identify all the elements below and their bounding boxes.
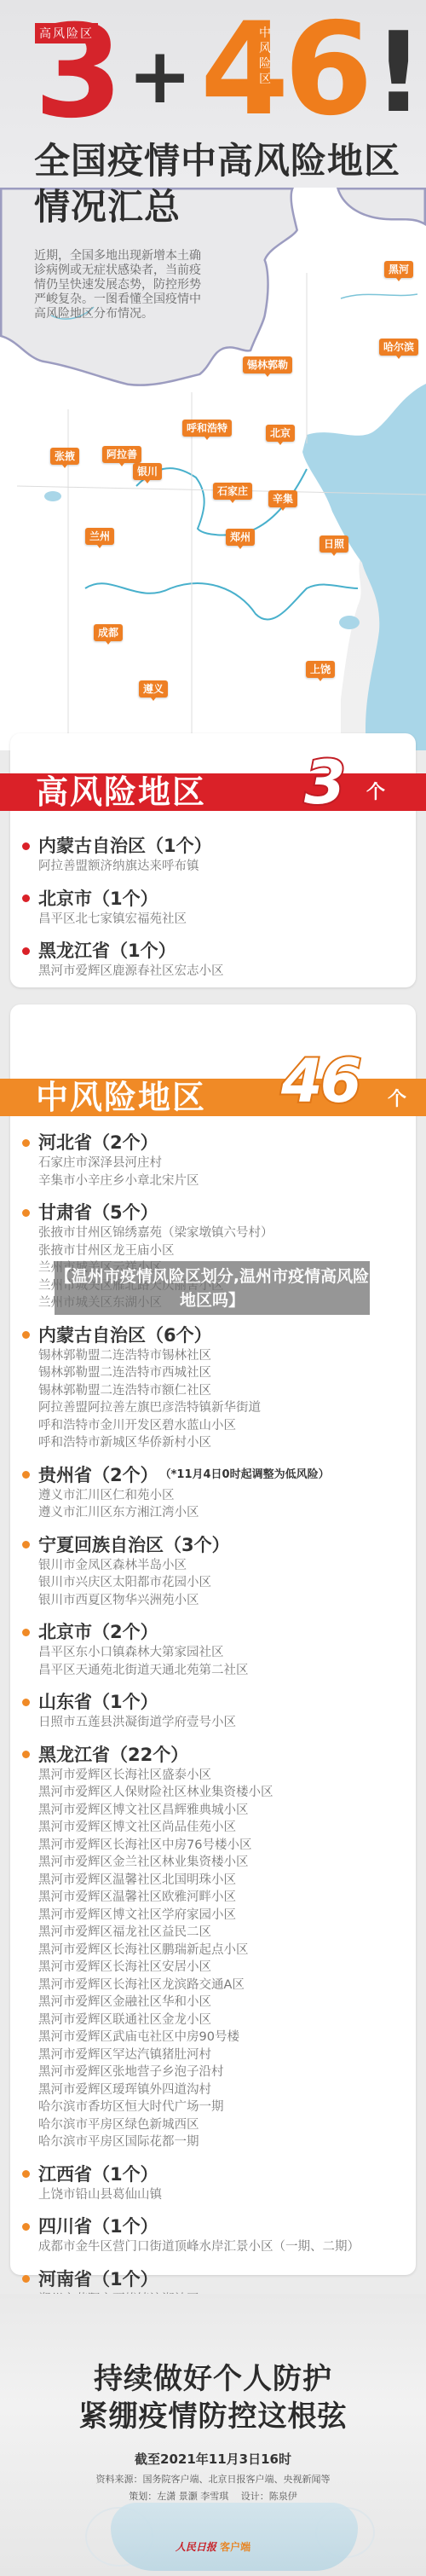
map-pin: 成都 bbox=[94, 624, 123, 641]
area-item: 黑河市爱辉区温馨社区欧雅河畔小区 bbox=[38, 1889, 404, 1907]
logo-sub: 客户端 bbox=[220, 2541, 250, 2553]
region-heading: 河北省（2个） bbox=[22, 1131, 404, 1155]
exclamation-mark: ! bbox=[373, 21, 423, 124]
map-pin: 郑州 bbox=[226, 529, 255, 546]
area-item: 日照市五莲县洪凝街道学府壹号小区 bbox=[38, 1714, 404, 1732]
slogan-line-1: 持续做好个人防护 bbox=[0, 2360, 426, 2398]
region-name: 北京市（1个） bbox=[38, 887, 158, 911]
area-item: 上饶市铅山县葛仙山镇 bbox=[38, 2186, 404, 2204]
area-list: 昌平区北七家镇宏福苑社区 bbox=[22, 911, 404, 929]
region-heading: 贵州省（2个）（*11月4日0时起调整为低风险） bbox=[22, 1463, 404, 1487]
area-list: 阿拉善盟额济纳旗达来呼布镇 bbox=[22, 858, 404, 876]
bullet-dot-icon bbox=[22, 894, 30, 902]
region-name: 河北省（2个） bbox=[38, 1131, 158, 1155]
bullet-dot-icon bbox=[22, 2223, 30, 2231]
region-heading: 内蒙古自治区（1个） bbox=[22, 834, 404, 858]
area-item: 黑河市爱辉区人保财险社区林业集资楼小区 bbox=[38, 1784, 404, 1802]
region-heading: 北京市（1个） bbox=[22, 887, 404, 911]
region-name: 内蒙古自治区（6个） bbox=[38, 1323, 212, 1347]
area-item: 黑河市爱辉区长海社区盛泰小区 bbox=[38, 1767, 404, 1785]
bullet-dot-icon bbox=[22, 1139, 30, 1147]
high-risk-tag: 高风险区 bbox=[35, 23, 98, 43]
region-note: （*11月4日0时起调整为低风险） bbox=[160, 1463, 330, 1487]
credits: 策划：左潇 景灏 李雪琪 设计：陈泉伊 bbox=[0, 2489, 426, 2503]
bullet-dot-icon bbox=[22, 1699, 30, 1706]
area-item: 银川市西夏区物华兴洲苑小区 bbox=[38, 1592, 404, 1610]
area-item: 成都市金牛区营门口街道顶峰水岸汇景小区（一期、二期） bbox=[38, 2238, 404, 2256]
area-list: 黑河市爱辉区长海社区盛泰小区黑河市爱辉区人保财险社区林业集资楼小区黑河市爱辉区博… bbox=[22, 1767, 404, 2151]
region-heading: 内蒙古自治区（6个） bbox=[22, 1323, 404, 1347]
area-item: 锡林郭勒盟二连浩特市锡林社区 bbox=[38, 1347, 404, 1365]
article-title-overlay: 【温州市疫情风险区划分,温州市疫情高风险地区吗】 bbox=[55, 1261, 370, 1315]
area-list: 石家庄市深泽县河庄村辛集市小辛庄乡小章北宋片区 bbox=[22, 1155, 404, 1190]
region-name: 黑龙江省（22个） bbox=[38, 1743, 188, 1767]
hero-section: 3 高风险区 + 46 中风险区 ! 黑河哈尔滨锡林郭勒呼和浩特北京张掖阿拉善银… bbox=[0, 0, 426, 750]
area-item: 石家庄市深泽县河庄村 bbox=[38, 1155, 404, 1172]
area-item: 黑河市爱辉区武庙屯社区中房90号楼 bbox=[38, 2029, 404, 2046]
area-list: 锡林郭勒盟二连浩特市锡林社区锡林郭勒盟二连浩特市西城社区锡林郭勒盟二连浩特市额仁… bbox=[22, 1347, 404, 1452]
region-heading: 四川省（1个） bbox=[22, 2214, 404, 2238]
bullet-dot-icon bbox=[22, 1541, 30, 1548]
region-name: 山东省（1个） bbox=[38, 1690, 158, 1714]
area-item: 黑河市爱辉区联通社区金龙小区 bbox=[38, 2012, 404, 2029]
mid-risk-count: 46 bbox=[281, 1047, 359, 1115]
page-title: 全国疫情中高风险地区 情况汇总 bbox=[34, 138, 400, 230]
map-pin: 北京 bbox=[266, 425, 295, 442]
region-item: 河北省（2个）石家庄市深泽县河庄村辛集市小辛庄乡小章北宋片区 bbox=[22, 1131, 404, 1190]
area-item: 哈尔滨市平房区绿色新城西区 bbox=[38, 2116, 404, 2134]
area-list: 黑河市爱辉区鹿源春社区宏志小区 bbox=[22, 963, 404, 981]
bullet-dot-icon bbox=[22, 1209, 30, 1217]
region-name: 宁夏回族自治区（3个） bbox=[38, 1533, 230, 1557]
intro-text: 近期，全国多地出现新增本土确诊病例或无症状感染者，当前疫情仍呈快速发展态势，防控… bbox=[34, 249, 209, 321]
region-heading: 江西省（1个） bbox=[22, 2162, 404, 2186]
area-item: 昌平区北七家镇宏福苑社区 bbox=[38, 911, 404, 929]
area-list: 遵义市汇川区仁和苑小区遵义市汇川区东方湘江湾小区 bbox=[22, 1487, 404, 1522]
title-line-1: 全国疫情中高风险地区 bbox=[34, 138, 400, 184]
area-item: 辛集市小辛庄乡小章北宋片区 bbox=[38, 1172, 404, 1190]
area-item: 黑河市爱辉区鹿源春社区宏志小区 bbox=[38, 963, 404, 981]
area-item: 遵义市汇川区仁和苑小区 bbox=[38, 1487, 404, 1505]
area-item: 呼和浩特市金川开发区碧水蓝山小区 bbox=[38, 1417, 404, 1435]
map-pin: 黑河 bbox=[384, 261, 413, 278]
mid-risk-card: 中风险地区 46 个 河北省（2个）石家庄市深泽县河庄村辛集市小辛庄乡小章北宋片… bbox=[10, 1004, 416, 2275]
area-item: 昌平区天通苑北街道天通北苑第二社区 bbox=[38, 1662, 404, 1680]
area-item: 黑河市爱辉区长海社区龙滨路交通A区 bbox=[38, 1977, 404, 1994]
area-list: 上饶市铅山县葛仙山镇 bbox=[22, 2186, 404, 2204]
area-item: 遵义市汇川区东方湘江湾小区 bbox=[38, 1504, 404, 1522]
publisher-logo: 人民日报 客户端 bbox=[0, 2539, 426, 2554]
bullet-dot-icon bbox=[22, 842, 30, 850]
map-pin: 呼和浩特 bbox=[182, 420, 232, 437]
high-risk-list: 内蒙古自治区（1个）阿拉善盟额济纳旗达来呼布镇北京市（1个）昌平区北七家镇宏福苑… bbox=[22, 834, 404, 992]
plus-sign: + bbox=[128, 34, 192, 119]
region-item: 山东省（1个）日照市五莲县洪凝街道学府壹号小区 bbox=[22, 1690, 404, 1732]
face-mask-image bbox=[111, 2503, 358, 2571]
region-item: 内蒙古自治区（6个）锡林郭勒盟二连浩特市锡林社区锡林郭勒盟二连浩特市西城社区锡林… bbox=[22, 1323, 404, 1452]
region-heading: 黑龙江省（22个） bbox=[22, 1743, 404, 1767]
area-item: 黑河市爱辉区长海社区中房76号楼小区 bbox=[38, 1837, 404, 1855]
data-date: 截至2021年11月3日16时 bbox=[0, 2450, 426, 2468]
region-heading: 山东省（1个） bbox=[22, 1690, 404, 1714]
area-item: 银川市兴庆区太阳都市花园小区 bbox=[38, 1574, 404, 1592]
area-item: 锡林郭勒盟二连浩特市额仁社区 bbox=[38, 1382, 404, 1400]
area-item: 阿拉善盟额济纳旗达来呼布镇 bbox=[38, 858, 404, 876]
region-heading: 黑龙江省（1个） bbox=[22, 939, 404, 963]
data-source: 资料来源：国务院客户端、北京日报客户端、央视新闻等 bbox=[0, 2472, 426, 2486]
region-item: 四川省（1个）成都市金牛区营门口街道顶峰水岸汇景小区（一期、二期） bbox=[22, 2214, 404, 2256]
area-item: 黑河市爱辉区博文社区学府家园小区 bbox=[38, 1907, 404, 1925]
map-pin: 日照 bbox=[319, 535, 348, 553]
area-list: 昌平区东小口镇森林大第家园社区昌平区天通苑北街道天通北苑第二社区 bbox=[22, 1644, 404, 1679]
high-risk-unit: 个 bbox=[366, 778, 385, 804]
map-pin: 阿拉善 bbox=[102, 446, 141, 463]
bullet-dot-icon bbox=[22, 947, 30, 955]
region-item: 北京市（2个）昌平区东小口镇森林大第家园社区昌平区天通苑北街道天通北苑第二社区 bbox=[22, 1620, 404, 1679]
region-heading: 宁夏回族自治区（3个） bbox=[22, 1533, 404, 1557]
bullet-dot-icon bbox=[22, 2275, 30, 2283]
area-item: 哈尔滨市平房区国际花都一期 bbox=[38, 2133, 404, 2151]
area-list: 成都市金牛区营门口街道顶峰水岸汇景小区（一期、二期） bbox=[22, 2238, 404, 2256]
map-pin: 遵义 bbox=[139, 680, 168, 698]
footer-slogan: 持续做好个人防护 紧绷疫情防控这根弦 bbox=[0, 2360, 426, 2435]
region-heading: 北京市（2个） bbox=[22, 1620, 404, 1644]
region-item: 黑龙江省（1个）黑河市爱辉区鹿源春社区宏志小区 bbox=[22, 939, 404, 981]
area-list: 银川市金凤区森林半岛小区银川市兴庆区太阳都市花园小区银川市西夏区物华兴洲苑小区 bbox=[22, 1557, 404, 1610]
area-item: 哈尔滨市香坊区恒大时代广场一期 bbox=[38, 2098, 404, 2116]
map-pin: 兰州 bbox=[85, 528, 114, 545]
area-item: 昌平区东小口镇森林大第家园社区 bbox=[38, 1644, 404, 1662]
high-risk-card: 高风险地区 3 个 内蒙古自治区（1个）阿拉善盟额济纳旗达来呼布镇北京市（1个）… bbox=[10, 733, 416, 987]
area-item: 黑河市爱辉区罕达汽镇猪肚河村 bbox=[38, 2046, 404, 2064]
area-item: 张掖市甘州区锦绣嘉苑（梁家墩镇六号村） bbox=[38, 1224, 404, 1242]
high-risk-count: 3 bbox=[304, 749, 346, 817]
area-item: 黑河市爱辉区福龙社区益民二区 bbox=[38, 1924, 404, 1942]
region-name: 河南省（1个） bbox=[38, 2267, 158, 2291]
footer-section: 持续做好个人防护 紧绷疫情防控这根弦 截至2021年11月3日16时 资料来源：… bbox=[0, 2294, 426, 2576]
bullet-dot-icon bbox=[22, 1751, 30, 1758]
area-item: 黑河市爱辉区瑷珲镇外四道沟村 bbox=[38, 2081, 404, 2099]
area-list: 日照市五莲县洪凝街道学府壹号小区 bbox=[22, 1714, 404, 1732]
region-item: 北京市（1个）昌平区北七家镇宏福苑社区 bbox=[22, 887, 404, 929]
region-item: 贵州省（2个）（*11月4日0时起调整为低风险）遵义市汇川区仁和苑小区遵义市汇川… bbox=[22, 1463, 404, 1522]
region-name: 北京市（2个） bbox=[38, 1620, 158, 1644]
area-item: 黑河市爱辉区温馨社区北国明珠小区 bbox=[38, 1872, 404, 1890]
area-item: 黑河市爱辉区长海社区安居小区 bbox=[38, 1959, 404, 1977]
region-name: 江西省（1个） bbox=[38, 2162, 158, 2186]
map-pin: 张掖 bbox=[50, 448, 79, 465]
region-item: 江西省（1个）上饶市铅山县葛仙山镇 bbox=[22, 2162, 404, 2204]
area-item: 锡林郭勒盟二连浩特市西城社区 bbox=[38, 1364, 404, 1382]
high-risk-banner: 高风险地区 bbox=[0, 773, 426, 811]
area-item: 黑河市爱辉区金兰社区林业集资楼小区 bbox=[38, 1854, 404, 1872]
region-name: 内蒙古自治区（1个） bbox=[38, 834, 212, 858]
bullet-dot-icon bbox=[22, 1629, 30, 1636]
region-name: 贵州省（2个） bbox=[38, 1463, 158, 1487]
area-item: 黑河市爱辉区长海社区鹏瑞新起点小区 bbox=[38, 1942, 404, 1959]
area-item: 银川市金凤区森林半岛小区 bbox=[38, 1557, 404, 1575]
mid-risk-count-large: 46 bbox=[200, 10, 368, 130]
region-item: 黑龙江省（22个）黑河市爱辉区长海社区盛泰小区黑河市爱辉区人保财险社区林业集资楼… bbox=[22, 1743, 404, 2151]
area-item: 黑河市爱辉区博文社区尚品佳苑小区 bbox=[38, 1819, 404, 1837]
area-item: 黑河市爱辉区博文社区昌辉雅典城小区 bbox=[38, 1802, 404, 1820]
region-name: 四川省（1个） bbox=[38, 2214, 158, 2238]
slogan-line-2: 紧绷疫情防控这根弦 bbox=[0, 2398, 426, 2435]
area-item: 阿拉善盟阿拉善左旗巴彦浩特镇新华街道 bbox=[38, 1399, 404, 1417]
region-heading: 河南省（1个） bbox=[22, 2267, 404, 2291]
bullet-dot-icon bbox=[22, 2170, 30, 2178]
map-pin: 锡林郭勒 bbox=[243, 356, 292, 373]
bullet-dot-icon bbox=[22, 1471, 30, 1479]
map-pin: 哈尔滨 bbox=[379, 339, 418, 356]
region-heading: 甘肃省（5个） bbox=[22, 1201, 404, 1224]
logo-main: 人民日报 bbox=[176, 2541, 216, 2553]
area-item: 呼和浩特市新城区华侨新村小区 bbox=[38, 1434, 404, 1452]
map-pin: 上饶 bbox=[306, 661, 335, 678]
map-pin: 辛集 bbox=[268, 490, 297, 507]
region-item: 宁夏回族自治区（3个）银川市金凤区森林半岛小区银川市兴庆区太阳都市花园小区银川市… bbox=[22, 1533, 404, 1610]
area-item: 张掖市甘州区龙王庙小区 bbox=[38, 1242, 404, 1260]
area-item: 黑河市爱辉区张地营子乡泡子沿村 bbox=[38, 2064, 404, 2081]
mid-risk-tag: 中风险区 bbox=[257, 26, 273, 87]
area-item: 黑河市爱辉区金融社区华和小区 bbox=[38, 1994, 404, 2012]
bullet-dot-icon bbox=[22, 1331, 30, 1339]
map-pin: 银川 bbox=[133, 463, 162, 480]
mid-risk-unit: 个 bbox=[388, 1085, 406, 1111]
mid-risk-banner: 中风险地区 bbox=[0, 1079, 426, 1116]
region-name: 黑龙江省（1个） bbox=[38, 939, 176, 963]
region-name: 甘肃省（5个） bbox=[38, 1201, 158, 1224]
title-line-2: 情况汇总 bbox=[34, 184, 400, 230]
region-item: 内蒙古自治区（1个）阿拉善盟额济纳旗达来呼布镇 bbox=[22, 834, 404, 876]
map-pin: 石家庄 bbox=[213, 483, 252, 500]
